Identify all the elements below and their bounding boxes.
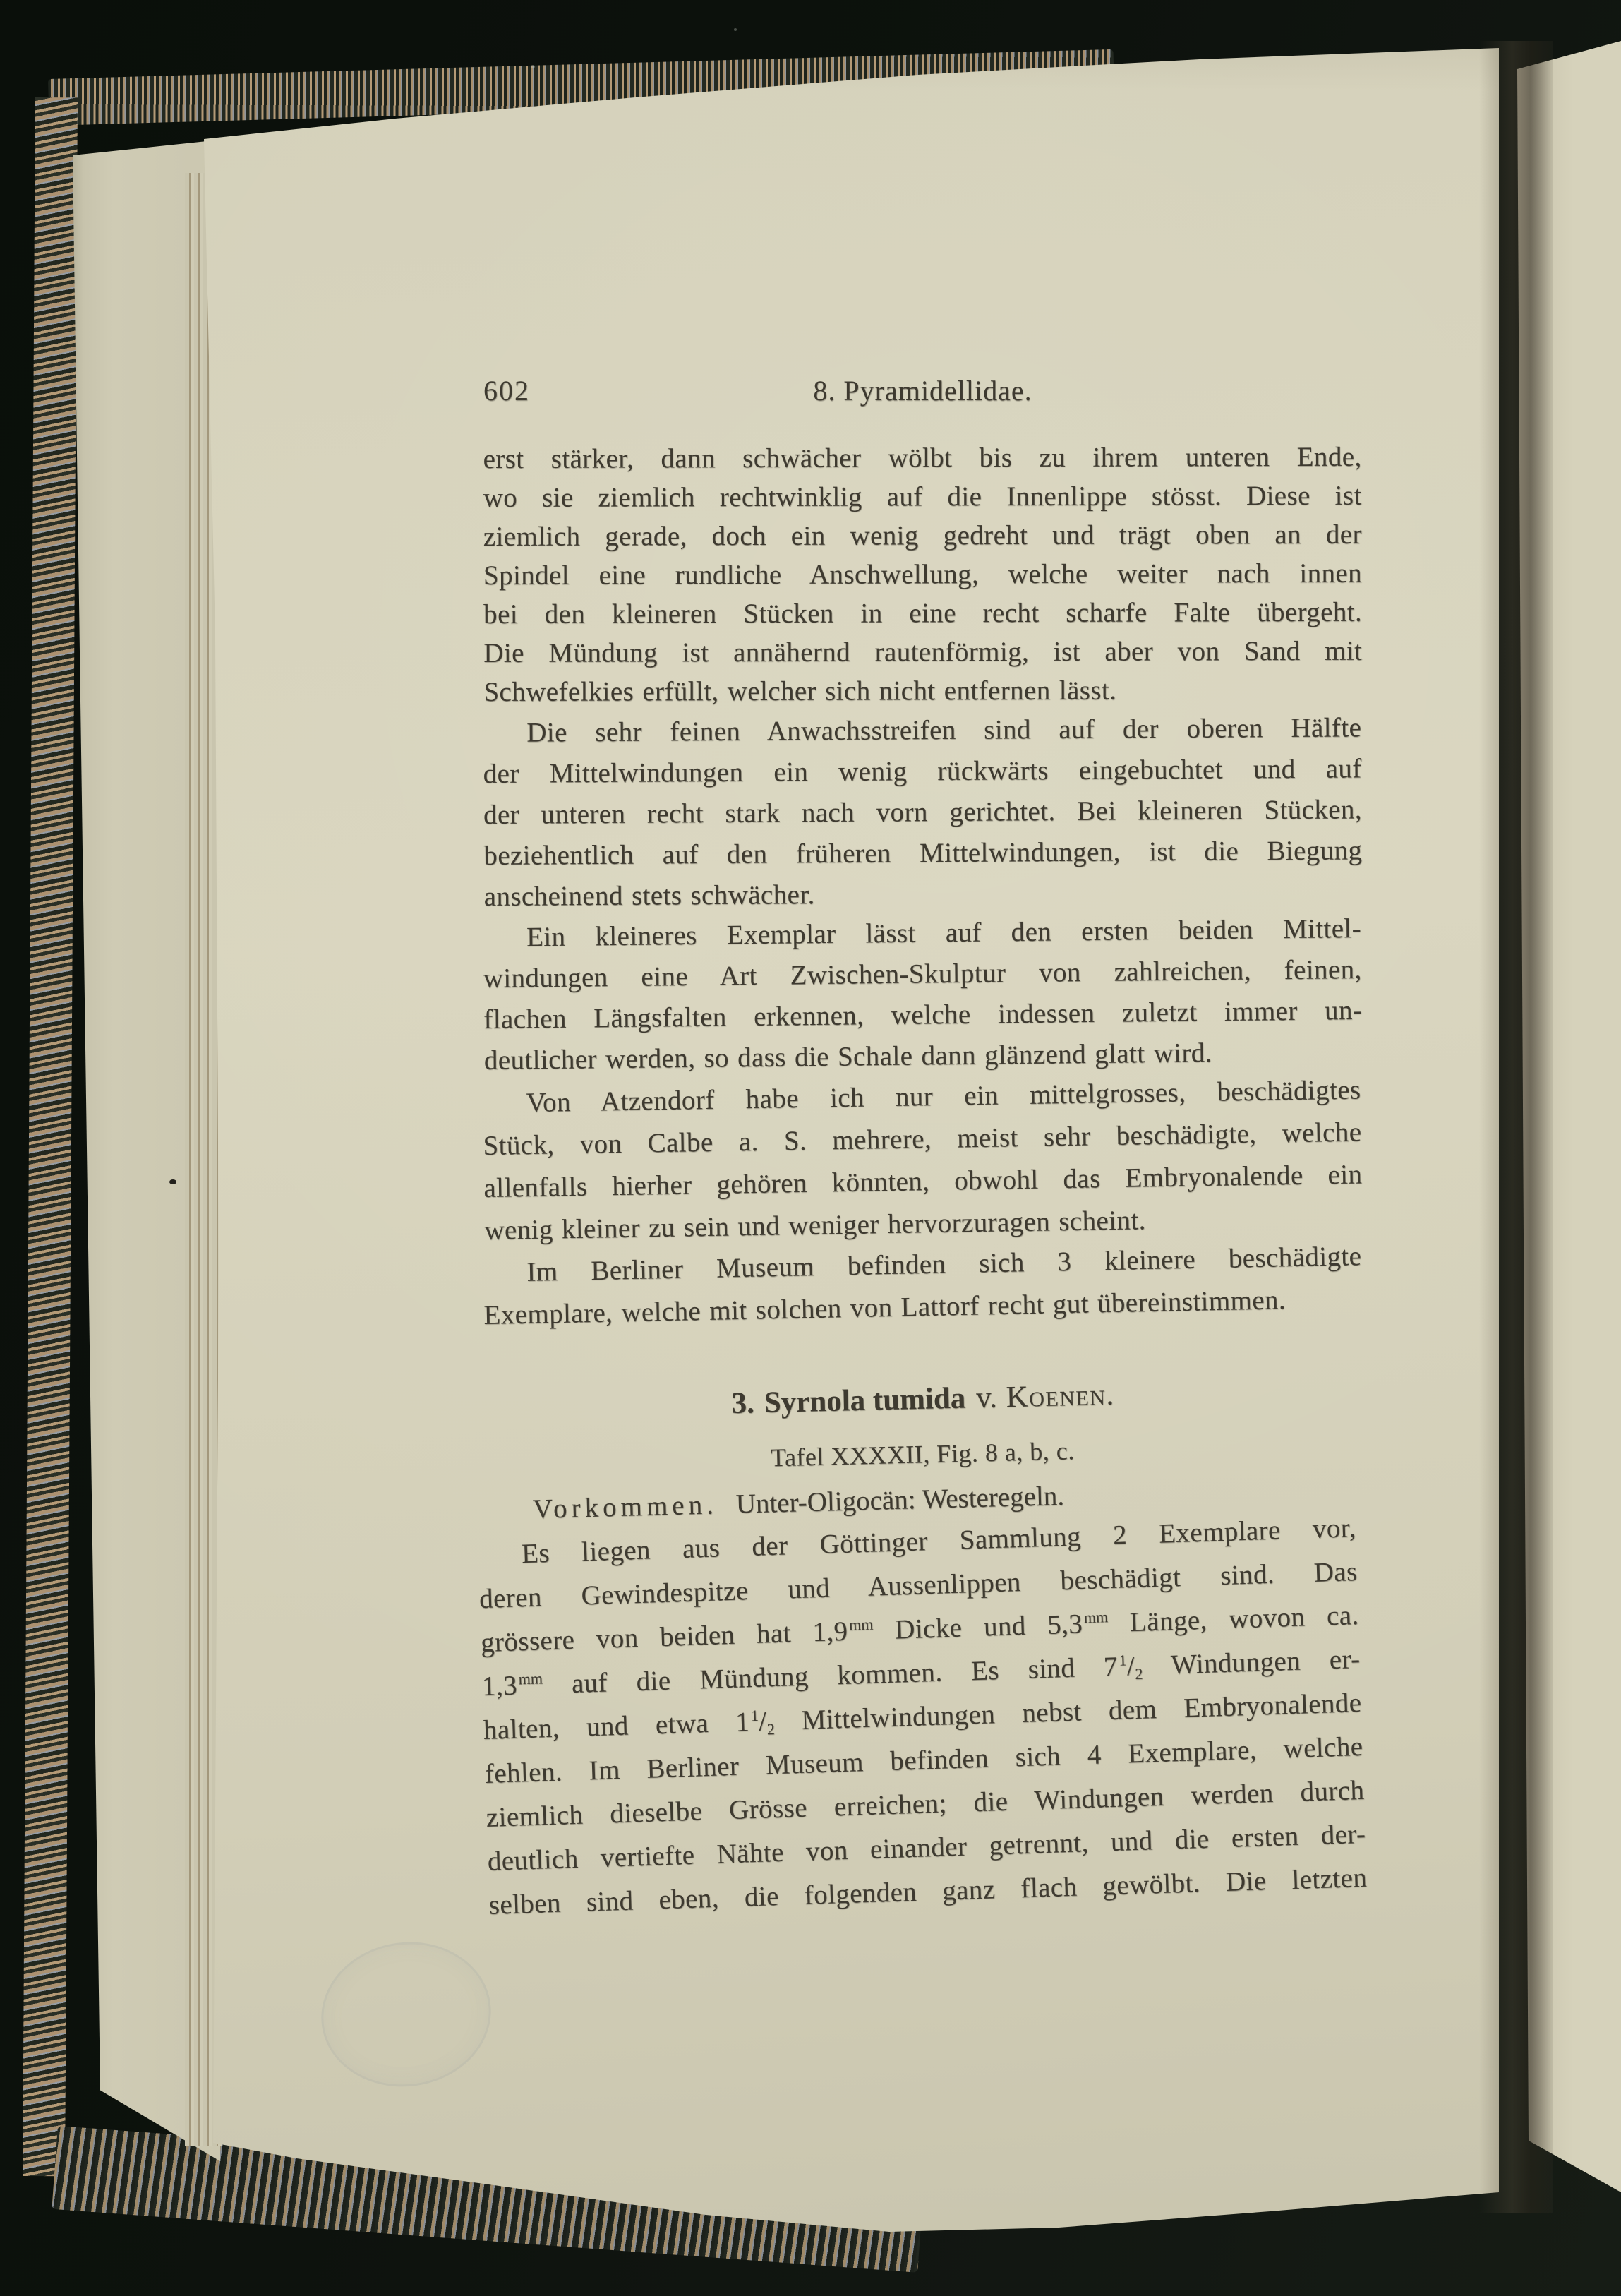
occurrence-label: Vorkommen. xyxy=(532,1489,718,1525)
text-line: der Mittelwindungen ein wenig rückwärts … xyxy=(483,748,1361,795)
paragraph: Die sehr feinen Anwachsstreifen sind auf… xyxy=(483,707,1363,918)
plate-reference: Tafel XXXXII, Fig. 8 a, b, c. xyxy=(483,1429,1362,1480)
text-line: erst stärker, dann schwächer wölbt bis z… xyxy=(483,438,1361,479)
authority-prefix: v. xyxy=(976,1381,998,1414)
chapter-title: 8. Pyramidellidae. xyxy=(813,375,1032,407)
species-name: Syrnola tumida xyxy=(764,1382,966,1419)
paragraph: Von Atzendorf habe ich nur ein mittelgro… xyxy=(482,1069,1363,1252)
page-text-layer: 602 8. Pyramidellidae. erst stärker, dan… xyxy=(0,0,1621,2296)
text-line: beziehentlich auf den früheren Mittelwin… xyxy=(483,830,1362,877)
paragraph: Ein kleineres Exemplar lässt auf den ers… xyxy=(483,908,1363,1081)
occurrence-text: Unter-Oligocän: Westeregeln. xyxy=(735,1481,1064,1520)
text-line: Spindel eine rundliche Anschwellung, wel… xyxy=(483,554,1362,595)
text-line: der unteren recht stark nach vorn gerich… xyxy=(483,789,1362,836)
book-photograph: 602 8. Pyramidellidae. erst stärker, dan… xyxy=(0,0,1621,2296)
paragraph: Im Berliner Museum befinden sich 3 klein… xyxy=(483,1235,1363,1337)
text-line: ziemlich gerade, doch ein wenig gedreht … xyxy=(483,515,1362,556)
text-line: bei den kleineren Stücken in eine recht … xyxy=(483,593,1362,634)
paragraph: Es liegen aus der Göttinger Sammlung 2 E… xyxy=(477,1506,1368,1928)
paragraph: erst stärker, dann schwächer wölbt bis z… xyxy=(483,438,1362,711)
species-heading: 3.Syrnola tumidav.Koenen. xyxy=(483,1372,1362,1427)
text-line: Schwefelkies erfüllt, welcher sich nicht… xyxy=(483,671,1362,711)
species-number: 3. xyxy=(731,1386,754,1420)
text-line: wo sie ziemlich rechtwinklig auf die Inn… xyxy=(483,476,1362,517)
text-line: Die Mündung ist annähernd rautenförmig, … xyxy=(483,632,1362,673)
running-header: 602 8. Pyramidellidae. xyxy=(483,373,1362,409)
page-number: 602 xyxy=(483,373,530,409)
text-line: Die sehr feinen Anwachsstreifen sind auf… xyxy=(483,707,1361,754)
authority-period: . xyxy=(1106,1378,1114,1412)
authority-name: Koenen xyxy=(1006,1378,1107,1414)
